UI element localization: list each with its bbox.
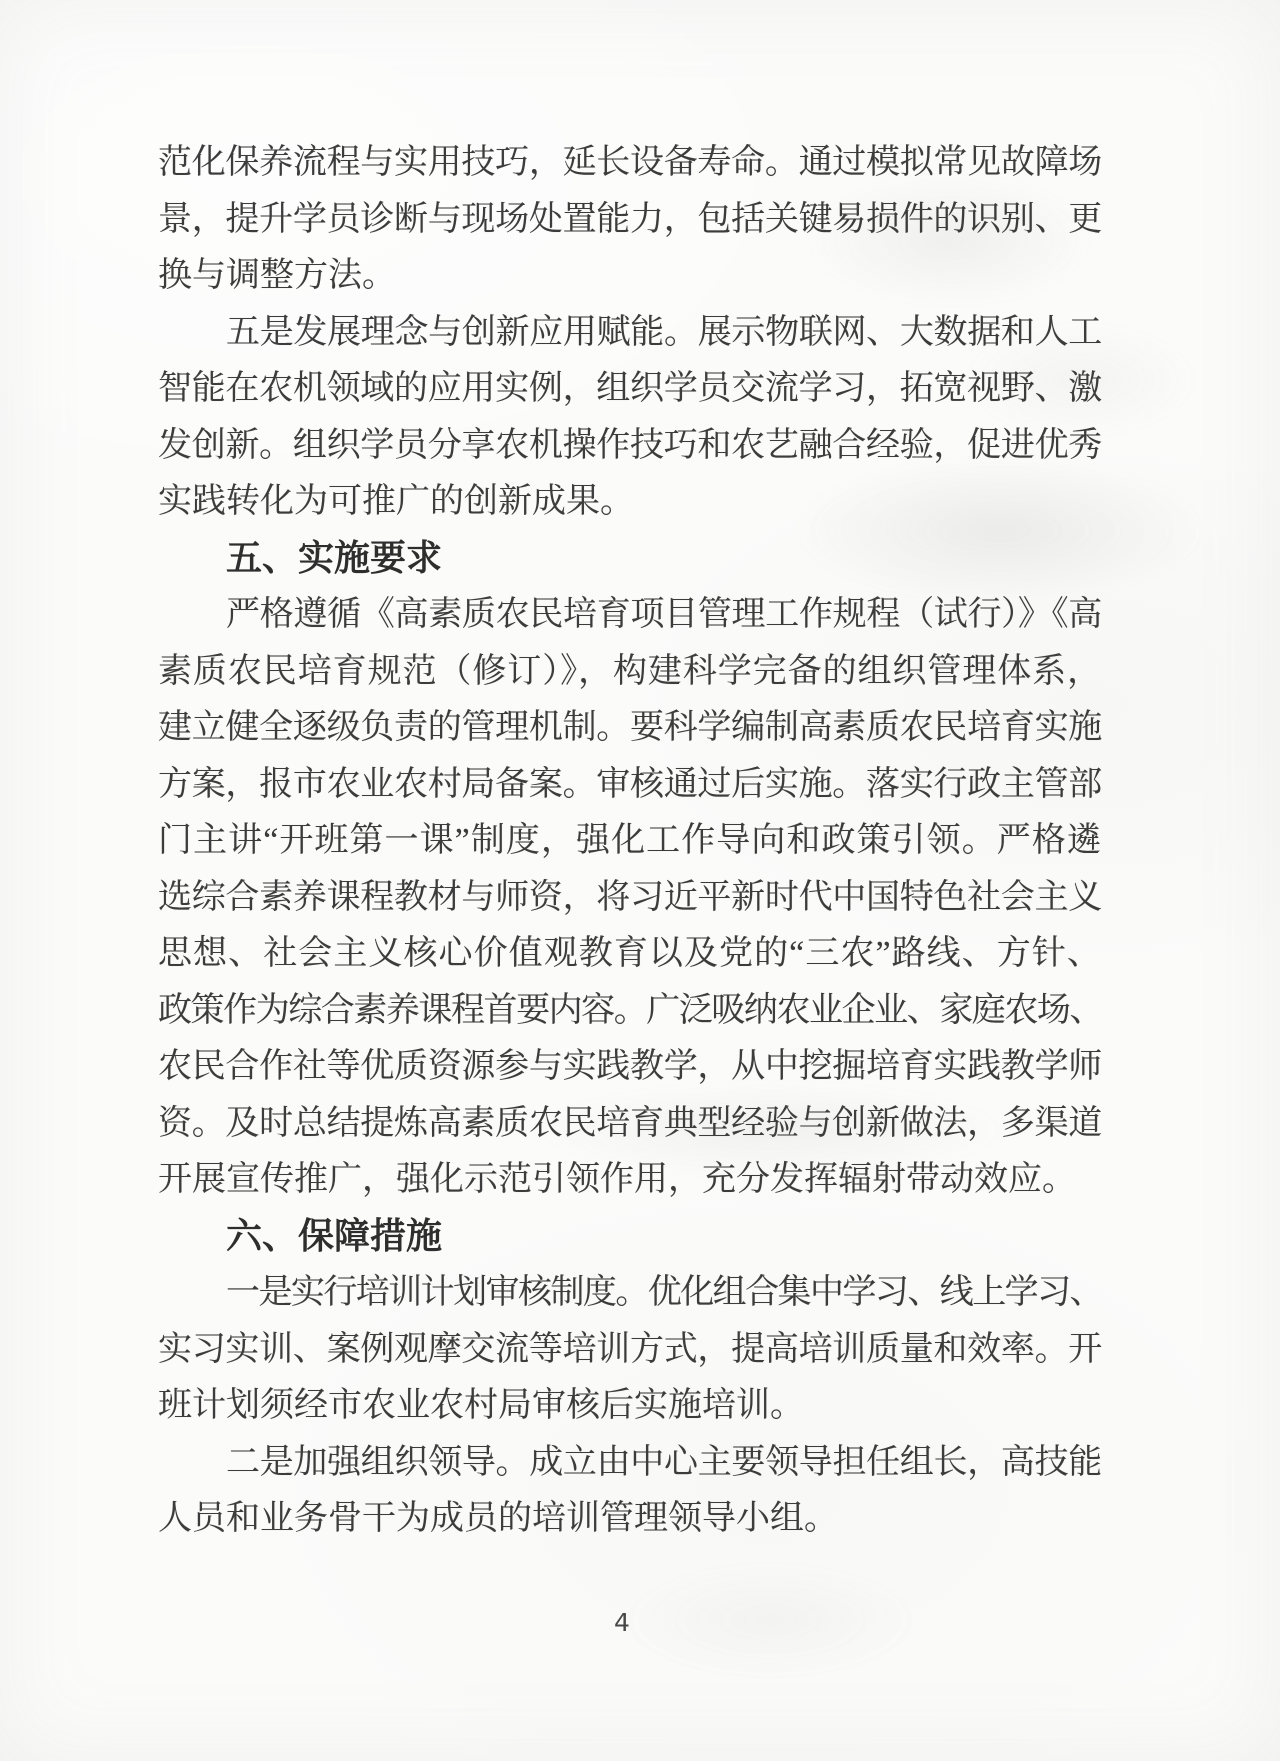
text-line: 换与调整方法。 [158, 248, 1102, 305]
section-heading: 五、实施要求 [158, 531, 1102, 588]
text-line: 资。及时总结提炼高素质农民培育典型经验与创新做法，多渠道 [158, 1096, 1102, 1153]
text-line: 人员和业务骨干为成员的培训管理领导小组。 [158, 1491, 1102, 1548]
document-body: 范化保养流程与实用技巧，延长设备寿命。通过模拟常见故障场景，提升学员诊断与现场处… [158, 135, 1102, 1548]
text-line: 门主讲“开班第一课”制度，强化工作导向和政策引领。严格遴 [158, 813, 1102, 870]
text-line: 五是发展理念与创新应用赋能。展示物联网、大数据和人工 [158, 305, 1102, 362]
text-line: 班计划须经市农业农村局审核后实施培训。 [158, 1378, 1102, 1435]
text-line: 智能在农机领域的应用实例，组织学员交流学习，拓宽视野、激 [158, 361, 1102, 418]
text-line: 一是实行培训计划审核制度。优化组合集中学习、线上学习、 [158, 1265, 1102, 1322]
text-line: 政策作为综合素养课程首要内容。广泛吸纳农业企业、家庭农场、 [158, 983, 1102, 1040]
text-line: 实习实训、案例观摩交流等培训方式，提高培训质量和效率。开 [158, 1322, 1102, 1379]
text-line: 开展宣传推广，强化示范引领作用，充分发挥辐射带动效应。 [158, 1152, 1102, 1209]
text-line: 素质农民培育规范（修订）》，构建科学完备的组织管理体系， [158, 644, 1102, 701]
text-line: 方案，报市农业农村局备案。审核通过后实施。落实行政主管部 [158, 757, 1102, 814]
section-heading: 六、保障措施 [158, 1209, 1102, 1266]
text-line: 实践转化为可推广的创新成果。 [158, 474, 1102, 531]
text-line: 范化保养流程与实用技巧，延长设备寿命。通过模拟常见故障场 [158, 135, 1102, 192]
scanned-document-page: 范化保养流程与实用技巧，延长设备寿命。通过模拟常见故障场景，提升学员诊断与现场处… [0, 0, 1280, 1761]
text-line: 选综合素养课程教材与师资，将习近平新时代中国特色社会主义 [158, 870, 1102, 927]
text-line: 景，提升学员诊断与现场处置能力，包括关键易损件的识别、更 [158, 192, 1102, 249]
text-line: 发创新。组织学员分享农机操作技巧和农艺融合经验，促进优秀 [158, 418, 1102, 475]
text-line: 严格遵循《高素质农民培育项目管理工作规程（试行）》《高 [158, 587, 1102, 644]
text-line: 二是加强组织领导。成立由中心主要领导担任组长，高技能 [158, 1435, 1102, 1492]
page-number: 4 [560, 1608, 684, 1637]
text-line: 农民合作社等优质资源参与实践教学，从中挖掘培育实践教学师 [158, 1039, 1102, 1096]
text-line: 建立健全逐级负责的管理机制。要科学编制高素质农民培育实施 [158, 700, 1102, 757]
text-line: 思想、社会主义核心价值观教育以及党的“三农”路线、方针、 [158, 926, 1102, 983]
